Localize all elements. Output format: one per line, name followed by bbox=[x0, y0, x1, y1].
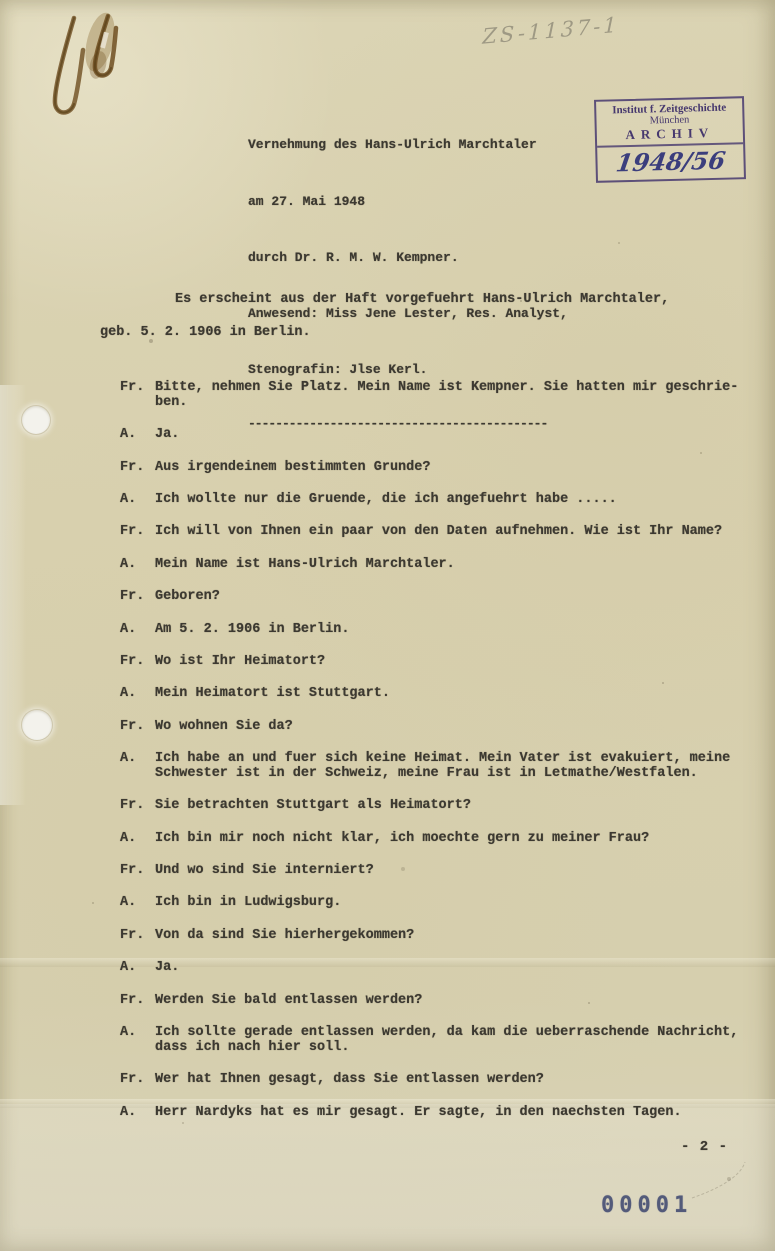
qa-text: Ich sollte gerade entlassen werden, da k… bbox=[155, 1026, 742, 1056]
qa-row: Fr.Aus irgendeinem bestimmten Grunde? bbox=[120, 461, 742, 476]
qa-text: Am 5. 2. 1906 in Berlin. bbox=[155, 623, 742, 638]
qa-text: Geboren? bbox=[155, 590, 742, 605]
qa-row: Fr.Werden Sie bald entlassen werden? bbox=[120, 994, 742, 1009]
speaker-label: A. bbox=[120, 558, 155, 573]
pencil-stray-mark bbox=[690, 1160, 750, 1200]
qa-text: Wer hat Ihnen gesagt, dass Sie entlassen… bbox=[155, 1073, 742, 1088]
intro-line: Es erscheint aus der Haft vorgefuehrt Ha… bbox=[100, 283, 745, 316]
speaker-label: Fr. bbox=[120, 461, 155, 476]
qa-row: A.Ja. bbox=[120, 428, 742, 443]
qa-text: Ich habe an und fuer sich keine Heimat. … bbox=[155, 752, 742, 782]
qa-text: Und wo sind Sie interniert? bbox=[155, 864, 742, 879]
speaker-label: Fr. bbox=[120, 590, 155, 605]
qa-text: Ich bin mir noch nicht klar, ich moechte… bbox=[155, 832, 742, 847]
qa-row: Fr.Geboren? bbox=[120, 590, 742, 605]
speaker-label: Fr. bbox=[120, 799, 155, 814]
qa-row: A.Am 5. 2. 1906 in Berlin. bbox=[120, 623, 742, 638]
qa-list: Fr.Bitte, nehmen Sie Platz. Mein Name is… bbox=[120, 381, 742, 1138]
qa-row: Fr.Wo ist Ihr Heimatort? bbox=[120, 655, 742, 670]
qa-row: A.Ich wollte nur die Gruende, die ich an… bbox=[120, 493, 742, 508]
qa-row: Fr.Bitte, nehmen Sie Platz. Mein Name is… bbox=[120, 381, 742, 411]
speaker-label: Fr. bbox=[120, 381, 155, 411]
speaker-label: A. bbox=[120, 687, 155, 702]
qa-row: A.Ich bin mir noch nicht klar, ich moech… bbox=[120, 832, 742, 847]
punch-hole bbox=[22, 710, 52, 740]
qa-text: Bitte, nehmen Sie Platz. Mein Name ist K… bbox=[155, 381, 742, 411]
speaker-label: A. bbox=[120, 493, 155, 508]
qa-text: Ich bin in Ludwigsburg. bbox=[155, 896, 742, 911]
paperclip-rust-mark bbox=[28, 10, 123, 130]
qa-row: A.Ich habe an und fuer sich keine Heimat… bbox=[120, 752, 742, 782]
speaker-label: A. bbox=[120, 1106, 155, 1121]
qa-text: Ich wollte nur die Gruende, die ich ange… bbox=[155, 493, 742, 508]
qa-row: Fr.Wer hat Ihnen gesagt, dass Sie entlas… bbox=[120, 1073, 742, 1088]
qa-row: A.Ja. bbox=[120, 961, 742, 976]
header-line: am 27. Mai 1948 bbox=[248, 193, 568, 212]
qa-row: Fr.Ich will von Ihnen ein paar von den D… bbox=[120, 525, 742, 540]
speaker-label: A. bbox=[120, 961, 155, 976]
speaker-label: A. bbox=[120, 1026, 155, 1056]
qa-row: Fr.Wo wohnen Sie da? bbox=[120, 720, 742, 735]
archive-stamp: Institut f. Zeitgeschichte München ARCHI… bbox=[594, 96, 746, 183]
qa-row: A.Ich bin in Ludwigsburg. bbox=[120, 896, 742, 911]
speaker-label: Fr. bbox=[120, 864, 155, 879]
pencil-archive-note: ZS-1137-1 bbox=[482, 7, 682, 49]
intro-line: geb. 5. 2. 1906 in Berlin. bbox=[100, 316, 745, 349]
qa-row: Fr.Von da sind Sie hierhergekommen? bbox=[120, 929, 742, 944]
speaker-label: Fr. bbox=[120, 525, 155, 540]
qa-text: Ich will von Ihnen ein paar von den Date… bbox=[155, 525, 742, 540]
speaker-label: Fr. bbox=[120, 720, 155, 735]
qa-text: Mein Heimatort ist Stuttgart. bbox=[155, 687, 742, 702]
qa-row: A.Ich sollte gerade entlassen werden, da… bbox=[120, 1026, 742, 1056]
tape-repair-strip bbox=[0, 385, 26, 805]
serial-number-stamp: 00001 bbox=[601, 1193, 692, 1218]
stamp-handwritten-number: 1948/56 bbox=[595, 144, 746, 181]
qa-text: Werden Sie bald entlassen werden? bbox=[155, 994, 742, 1009]
speaker-label: Fr. bbox=[120, 994, 155, 1009]
qa-text: Sie betrachten Stuttgart als Heimatort? bbox=[155, 799, 742, 814]
speaker-label: A. bbox=[120, 832, 155, 847]
speaker-label: A. bbox=[120, 896, 155, 911]
qa-text: Aus irgendeinem bestimmten Grunde? bbox=[155, 461, 742, 476]
qa-text: Ja. bbox=[155, 961, 742, 976]
qa-row: Fr.Sie betrachten Stuttgart als Heimator… bbox=[120, 799, 742, 814]
speaker-label: A. bbox=[120, 623, 155, 638]
page-number: - 2 - bbox=[681, 1139, 728, 1155]
punch-hole bbox=[22, 406, 50, 434]
header-line: Vernehmung des Hans-Ulrich Marchtaler bbox=[248, 136, 568, 155]
qa-row: A.Mein Heimatort ist Stuttgart. bbox=[120, 687, 742, 702]
speaker-label: A. bbox=[120, 428, 155, 443]
qa-row: A.Herr Nardyks hat es mir gesagt. Er sag… bbox=[120, 1106, 742, 1121]
intro-block: Es erscheint aus der Haft vorgefuehrt Ha… bbox=[100, 283, 745, 349]
qa-row: Fr.Und wo sind Sie interniert? bbox=[120, 864, 742, 879]
qa-text: Mein Name ist Hans-Ulrich Marchtaler. bbox=[155, 558, 742, 573]
speaker-label: A. bbox=[120, 752, 155, 782]
qa-text: Wo wohnen Sie da? bbox=[155, 720, 742, 735]
header-line: durch Dr. R. M. W. Kempner. bbox=[248, 249, 568, 268]
document-page: ZS-1137-1 Institut f. Zeitgeschichte Mün… bbox=[0, 0, 775, 1251]
qa-row: A.Mein Name ist Hans-Ulrich Marchtaler. bbox=[120, 558, 742, 573]
qa-text: Von da sind Sie hierhergekommen? bbox=[155, 929, 742, 944]
speaker-label: Fr. bbox=[120, 929, 155, 944]
speaker-label: Fr. bbox=[120, 1073, 155, 1088]
header-line: Stenografin: Jlse Kerl. bbox=[248, 361, 568, 380]
qa-text: Herr Nardyks hat es mir gesagt. Er sagte… bbox=[155, 1106, 742, 1121]
paper-specks bbox=[0, 0, 2, 2]
speaker-label: Fr. bbox=[120, 655, 155, 670]
qa-text: Ja. bbox=[155, 428, 742, 443]
qa-text: Wo ist Ihr Heimatort? bbox=[155, 655, 742, 670]
